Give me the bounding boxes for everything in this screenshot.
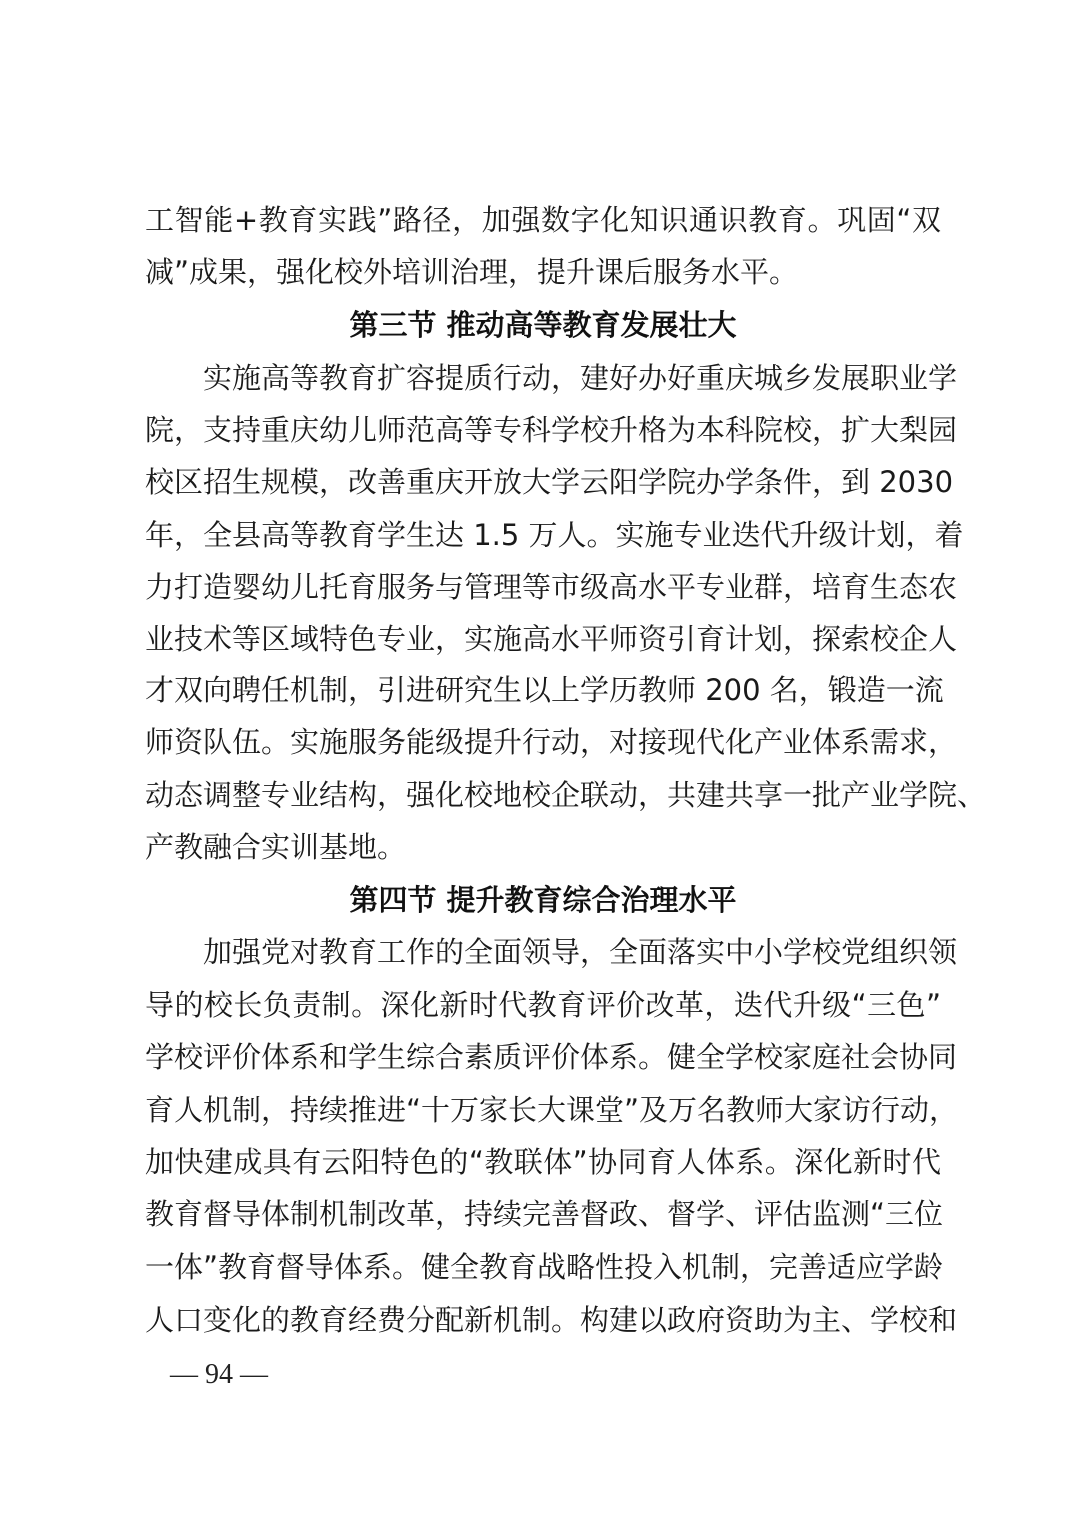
section-heading-4: 第四节 提升教育综合治理水平 bbox=[145, 874, 941, 926]
paragraph-line: 才双向聘任机制，引进研究生以上学历教师 200 名，锻造一流 bbox=[145, 664, 941, 716]
paragraph-line: 院，支持重庆幼儿师范高等专科学校升格为本科院校，扩大梨园 bbox=[145, 404, 941, 456]
paragraph-line: 实施高等教育扩容提质行动，建好办好重庆城乡发展职业学 bbox=[145, 352, 941, 404]
paragraph-line: 学校评价体系和学生综合素质评价体系。健全学校家庭社会协同 bbox=[145, 1031, 941, 1083]
paragraph-line: 人口变化的教育经费分配新机制。构建以政府资助为主、学校和 bbox=[145, 1294, 941, 1346]
paragraph-line: 工智能+教育实践”路径，加强数字化知识通识教育。巩固“双 bbox=[145, 194, 941, 246]
paragraph-line: 师资队伍。实施服务能级提升行动，对接现代化产业体系需求， bbox=[145, 716, 941, 768]
paragraph-line: 加快建成具有云阳特色的“教联体”协同育人体系。深化新时代 bbox=[145, 1136, 941, 1188]
paragraph-line: 加强党对教育工作的全面领导，全面落实中小学校党组织领 bbox=[145, 926, 941, 978]
paragraph-line: 动态调整专业结构，强化校地校企联动，共建共享一批产业学院、 bbox=[145, 769, 941, 821]
page-number: — 94 — bbox=[170, 1350, 268, 1400]
paragraph-line: 力打造婴幼儿托育服务与管理等市级高水平专业群，培育生态农 bbox=[145, 561, 941, 613]
paragraph-line: 教育督导体制机制改革，持续完善督政、督学、评估监测“三位 bbox=[145, 1188, 941, 1240]
section-heading-3: 第三节 推动高等教育发展壮大 bbox=[145, 299, 941, 351]
paragraph-line: 年，全县高等教育学生达 1.5 万人。实施专业迭代升级计划，着 bbox=[145, 509, 941, 561]
paragraph-line: 产教融合实训基地。 bbox=[145, 821, 941, 873]
paragraph-line: 减”成果，强化校外培训治理，提升课后服务水平。 bbox=[145, 246, 941, 298]
paragraph-line: 一体”教育督导体系。健全教育战略性投入机制，完善适应学龄 bbox=[145, 1241, 941, 1293]
paragraph-line: 校区招生规模，改善重庆开放大学云阳学院办学条件，到 2030 bbox=[145, 456, 941, 508]
paragraph-line: 育人机制，持续推进“十万家长大课堂”及万名教师大家访行动， bbox=[145, 1084, 941, 1136]
document-page: 工智能+教育实践”路径，加强数字化知识通识教育。巩固“双 减”成果，强化校外培训… bbox=[0, 0, 1074, 1520]
paragraph-line: 业技术等区域特色专业，实施高水平师资引育计划，探索校企人 bbox=[145, 613, 941, 665]
paragraph-line: 导的校长负责制。深化新时代教育评价改革，迭代升级“三色” bbox=[145, 979, 941, 1031]
